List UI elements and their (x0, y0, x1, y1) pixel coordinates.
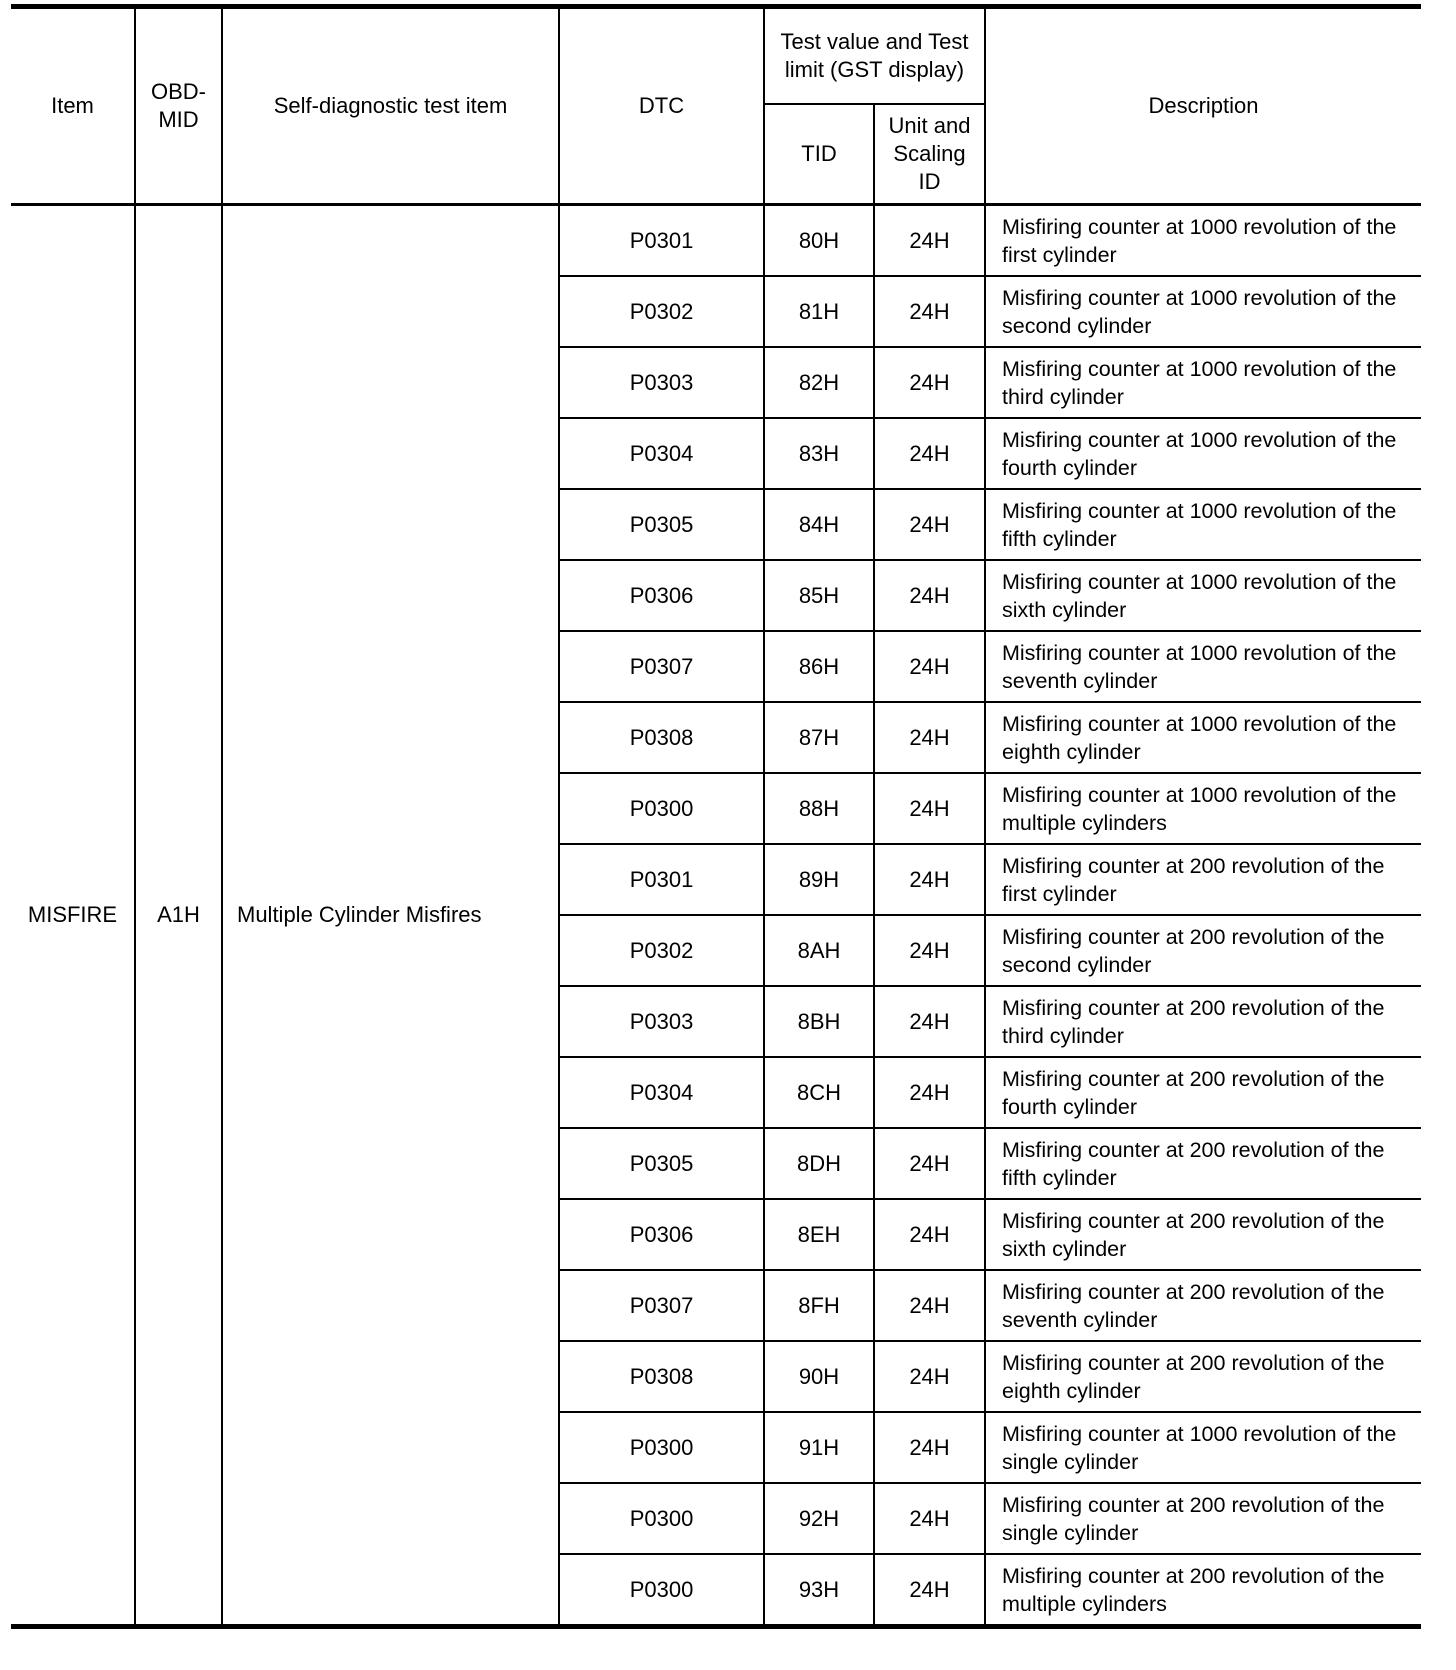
dtc-cell: P0305 (559, 489, 764, 560)
description-cell: Misfiring counter at 1000 revolution of … (985, 489, 1421, 560)
unit-scaling-cell: 24H (874, 1270, 985, 1341)
dtc-cell: P0304 (559, 1057, 764, 1128)
unit-scaling-cell: 24H (874, 1412, 985, 1483)
dtc-cell: P0306 (559, 560, 764, 631)
description-cell: Misfiring counter at 1000 revolution of … (985, 205, 1421, 277)
description-cell: Misfiring counter at 1000 revolution of … (985, 276, 1421, 347)
header-description: Description (985, 7, 1421, 205)
tid-cell: 8AH (764, 915, 874, 986)
tid-cell: 91H (764, 1412, 874, 1483)
dtc-cell: P0303 (559, 347, 764, 418)
unit-scaling-cell: 24H (874, 276, 985, 347)
dtc-cell: P0307 (559, 631, 764, 702)
unit-scaling-cell: 24H (874, 347, 985, 418)
unit-scaling-cell: 24H (874, 1199, 985, 1270)
unit-scaling-cell: 24H (874, 915, 985, 986)
tid-cell: 88H (764, 773, 874, 844)
description-cell: Misfiring counter at 1000 revolution of … (985, 418, 1421, 489)
header-item: Item (11, 7, 135, 205)
tid-cell: 8BH (764, 986, 874, 1057)
item-cell: MISFIRE (11, 205, 135, 1627)
dtc-cell: P0306 (559, 1199, 764, 1270)
description-cell: Misfiring counter at 200 revolution of t… (985, 1341, 1421, 1412)
tid-cell: 80H (764, 205, 874, 277)
table-row: MISFIREA1HMultiple Cylinder MisfiresP030… (11, 205, 1421, 277)
tid-cell: 8FH (764, 1270, 874, 1341)
tid-cell: 93H (764, 1554, 874, 1627)
description-cell: Misfiring counter at 1000 revolution of … (985, 631, 1421, 702)
tid-cell: 89H (764, 844, 874, 915)
tid-cell: 87H (764, 702, 874, 773)
dtc-cell: P0300 (559, 1412, 764, 1483)
description-cell: Misfiring counter at 1000 revolution of … (985, 773, 1421, 844)
dtc-cell: P0305 (559, 1128, 764, 1199)
tid-cell: 84H (764, 489, 874, 560)
dtc-cell: P0308 (559, 1341, 764, 1412)
unit-scaling-cell: 24H (874, 631, 985, 702)
unit-scaling-cell: 24H (874, 844, 985, 915)
self-diagnostic-cell: Multiple Cylinder Misfires (222, 205, 559, 1627)
description-cell: Misfiring counter at 200 revolution of t… (985, 1554, 1421, 1627)
description-cell: Misfiring counter at 200 revolution of t… (985, 1199, 1421, 1270)
tid-cell: 92H (764, 1483, 874, 1554)
header-unit-scaling-id: Unit and Scaling ID (874, 104, 985, 205)
tid-cell: 82H (764, 347, 874, 418)
dtc-cell: P0302 (559, 276, 764, 347)
unit-scaling-cell: 24H (874, 560, 985, 631)
description-cell: Misfiring counter at 200 revolution of t… (985, 986, 1421, 1057)
tid-cell: 85H (764, 560, 874, 631)
tid-cell: 86H (764, 631, 874, 702)
header-test-value: Test value and Test limit (GST display) (764, 7, 985, 105)
unit-scaling-cell: 24H (874, 1057, 985, 1128)
description-cell: Misfiring counter at 200 revolution of t… (985, 1057, 1421, 1128)
dtc-cell: P0303 (559, 986, 764, 1057)
description-cell: Misfiring counter at 200 revolution of t… (985, 844, 1421, 915)
unit-scaling-cell: 24H (874, 205, 985, 277)
header-tid: TID (764, 104, 874, 205)
description-cell: Misfiring counter at 1000 revolution of … (985, 347, 1421, 418)
unit-scaling-cell: 24H (874, 1341, 985, 1412)
misfire-dtc-table: Item OBD-MID Self-diagnostic test item D… (11, 4, 1421, 1629)
header-dtc: DTC (559, 7, 764, 205)
description-cell: Misfiring counter at 1000 revolution of … (985, 1412, 1421, 1483)
dtc-cell: P0300 (559, 1483, 764, 1554)
unit-scaling-cell: 24H (874, 1554, 985, 1627)
description-cell: Misfiring counter at 200 revolution of t… (985, 915, 1421, 986)
dtc-cell: P0302 (559, 915, 764, 986)
description-cell: Misfiring counter at 200 revolution of t… (985, 1483, 1421, 1554)
header-self-diagnostic-test-item: Self-diagnostic test item (222, 7, 559, 205)
tid-cell: 90H (764, 1341, 874, 1412)
dtc-cell: P0301 (559, 844, 764, 915)
tid-cell: 81H (764, 276, 874, 347)
unit-scaling-cell: 24H (874, 702, 985, 773)
unit-scaling-cell: 24H (874, 418, 985, 489)
unit-scaling-cell: 24H (874, 489, 985, 560)
tid-cell: 83H (764, 418, 874, 489)
obd-mid-cell: A1H (135, 205, 222, 1627)
tid-cell: 8EH (764, 1199, 874, 1270)
unit-scaling-cell: 24H (874, 1483, 985, 1554)
description-cell: Misfiring counter at 1000 revolution of … (985, 560, 1421, 631)
dtc-cell: P0300 (559, 1554, 764, 1627)
unit-scaling-cell: 24H (874, 773, 985, 844)
description-cell: Misfiring counter at 1000 revolution of … (985, 702, 1421, 773)
dtc-cell: P0300 (559, 773, 764, 844)
unit-scaling-cell: 24H (874, 986, 985, 1057)
description-cell: Misfiring counter at 200 revolution of t… (985, 1270, 1421, 1341)
dtc-cell: P0301 (559, 205, 764, 277)
description-cell: Misfiring counter at 200 revolution of t… (985, 1128, 1421, 1199)
header-obd-mid: OBD-MID (135, 7, 222, 205)
dtc-cell: P0304 (559, 418, 764, 489)
unit-scaling-cell: 24H (874, 1128, 985, 1199)
tid-cell: 8DH (764, 1128, 874, 1199)
dtc-cell: P0308 (559, 702, 764, 773)
dtc-cell: P0307 (559, 1270, 764, 1341)
tid-cell: 8CH (764, 1057, 874, 1128)
